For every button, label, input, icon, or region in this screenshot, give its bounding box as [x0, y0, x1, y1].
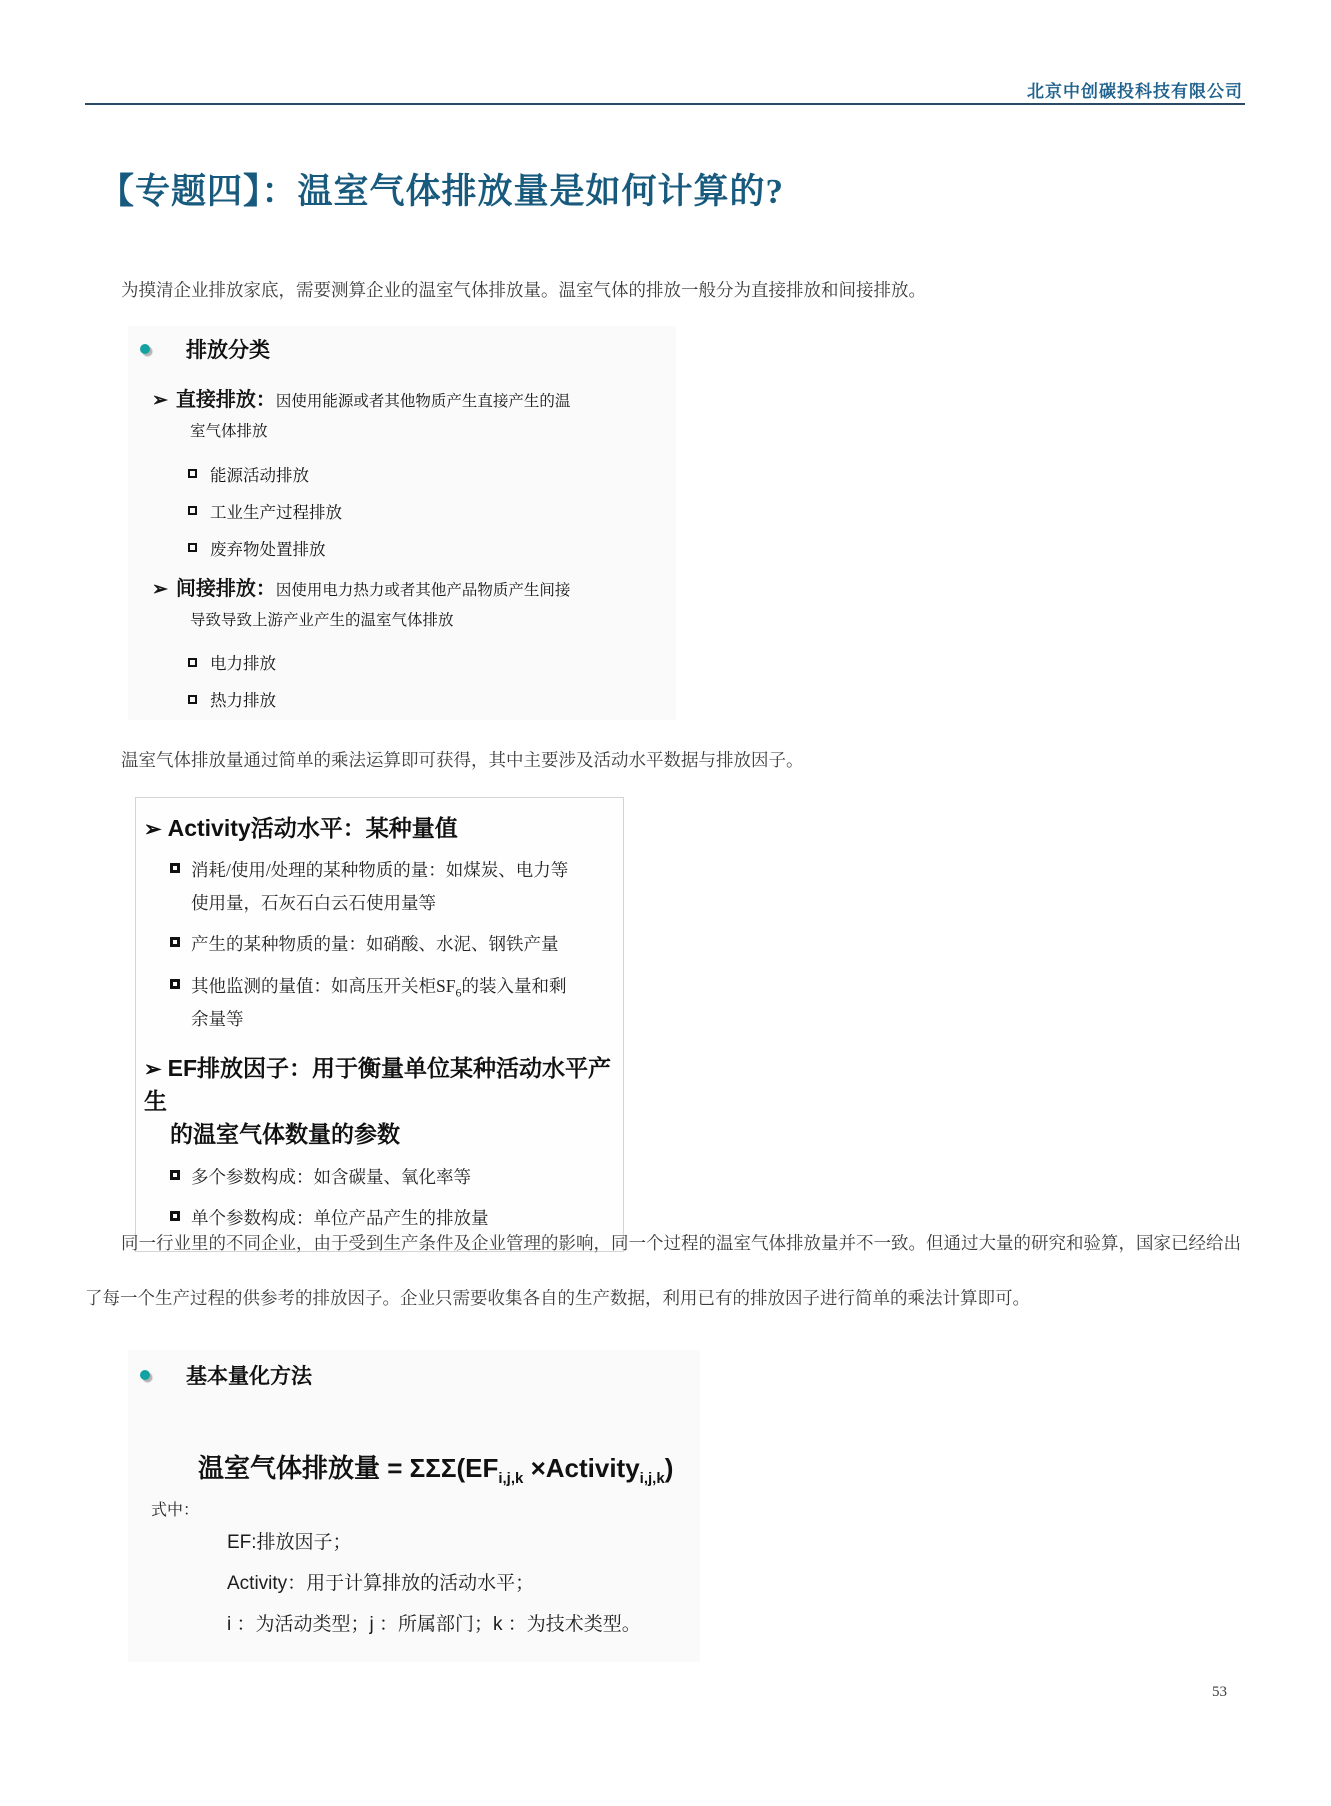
indirect-emission-heading: ➢间接排放：因使用电力热力或者其他产品物质产生间接 — [152, 574, 672, 605]
section-heading-classification: 排放分类 — [140, 334, 270, 364]
indirect-emission-desc: 因使用电力热力或者其他产品物质产生间接 — [276, 582, 571, 599]
page-title: 【专题四】：温室气体排放量是如何计算的? — [99, 164, 784, 214]
list-item: 工业生产过程排放 — [188, 499, 672, 523]
list-item-label: 热力排放 — [210, 687, 276, 711]
section-heading-method: 基本量化方法 — [140, 1360, 312, 1390]
circle-bullet-icon — [140, 344, 150, 354]
formula-text: 温室气体排放量 = ΣΣΣ(EF — [198, 1453, 498, 1483]
item-text: 的装入量和剩 — [461, 976, 566, 996]
section-heading-label: 排放分类 — [186, 334, 270, 364]
formula-text: ) — [665, 1453, 674, 1483]
activity-heading-label: Activity活动水平：某种量值 — [168, 815, 458, 841]
header-divider — [85, 103, 1245, 105]
list-item-label: 产生的某种物质的量：如硝酸、水泥、钢铁产量 — [191, 928, 559, 960]
list-item: 消耗/使用/处理的某种物质的量：如煤炭、电力等 使用量，石灰石白云石使用量等 — [170, 854, 615, 919]
circle-bullet-icon — [140, 1370, 150, 1380]
list-item: 热力排放 — [188, 687, 672, 711]
direct-emission-label: 直接排放： — [176, 389, 276, 411]
classification-list: ➢直接排放：因使用能源或者其他物质产生直接产生的温 室气体排放 能源活动排放 工… — [152, 385, 672, 711]
list-item: 废弃物处置排放 — [188, 536, 672, 560]
list-item-label: 能源活动排放 — [210, 462, 309, 486]
list-item-label: 工业生产过程排放 — [210, 499, 342, 523]
list-item-label: 消耗/使用/处理的某种物质的量：如煤炭、电力等 使用量，石灰石白云石使用量等 — [191, 854, 568, 919]
activity-heading: ➢Activity活动水平：某种量值 — [144, 812, 615, 845]
direct-emission-heading: ➢直接排放：因使用能源或者其他物质产生直接产生的温 — [152, 385, 672, 416]
arrow-bullet-icon: ➢ — [152, 579, 168, 600]
definition-ef: EF:排放因子； — [227, 1522, 641, 1563]
square-bullet-icon — [170, 979, 180, 989]
header-company-name: 北京中创碳投科技有限公司 — [1027, 77, 1243, 102]
definition-activity: Activity：用于计算排放的活动水平； — [227, 1563, 641, 1604]
item-text: 使用量，石灰石白云石使用量等 — [191, 893, 436, 913]
square-bullet-icon — [170, 937, 180, 947]
square-bullet-icon — [170, 863, 180, 873]
intro-paragraph: 为摸清企业排放家底，需要测算企业的温室气体排放量。温室气体的排放一般分为直接排放… — [85, 274, 1249, 306]
arrow-bullet-icon: ➢ — [144, 818, 162, 841]
list-item: 产生的某种物质的量：如硝酸、水泥、钢铁产量 — [170, 928, 615, 960]
ef-heading: ➢EF排放因子：用于衡量单位某种活动水平产生 的温室气体数量的参数 — [144, 1052, 615, 1152]
formula-text: ×Activity — [523, 1453, 639, 1483]
definition-indices: i ：为活动类型；j ：所属部门；k ：为技术类型。 — [227, 1604, 641, 1645]
item-text: 消耗/使用/处理的某种物质的量：如煤炭、电力等 — [191, 860, 568, 880]
square-bullet-icon — [188, 543, 197, 552]
item-text: 余量等 — [191, 1009, 244, 1029]
formula-definitions: EF:排放因子； Activity：用于计算排放的活动水平； i ：为活动类型；… — [227, 1522, 641, 1645]
indirect-emission-label: 间接排放： — [176, 578, 276, 600]
item-text: 其他监测的量值：如高压开关柜SF — [191, 976, 455, 996]
list-item-label: 废弃物处置排放 — [210, 536, 326, 560]
list-item: 其他监测的量值：如高压开关柜SF6的装入量和剩 余量等 — [170, 970, 615, 1036]
square-bullet-icon — [188, 658, 197, 667]
square-bullet-icon — [188, 469, 197, 478]
formula-where-label: 式中： — [151, 1497, 199, 1520]
multiplication-paragraph: 温室气体排放量通过简单的乘法运算即可获得，其中主要涉及活动水平数据与排放因子。 — [85, 744, 1249, 776]
page-number: 53 — [1212, 1684, 1227, 1701]
list-item-label: 多个参数构成：如含碳量、氧化率等 — [191, 1161, 471, 1193]
arrow-bullet-icon: ➢ — [144, 1058, 162, 1081]
list-item: 多个参数构成：如含碳量、氧化率等 — [170, 1161, 615, 1193]
formula-subscript: i,j,k — [498, 1470, 523, 1487]
industry-paragraph: 同一行业里的不同企业，由于受到生产条件及企业管理的影响，同一个过程的温室气体排放… — [85, 1216, 1249, 1326]
indirect-emission-desc-wrap: 导致导致上游产业产生的温室气体排放 — [190, 605, 672, 638]
formula-subscript: i,j,k — [640, 1470, 665, 1487]
emission-formula: 温室气体排放量 = ΣΣΣ(EFi,j,k ×Activityi,j,k) — [198, 1448, 673, 1487]
spacer — [152, 560, 672, 574]
list-item: 电力排放 — [188, 650, 672, 674]
ef-heading-line1: EF排放因子：用于衡量单位某种活动水平产生 — [144, 1055, 611, 1114]
ef-heading-line2: 的温室气体数量的参数 — [170, 1118, 615, 1151]
document-page: 北京中创碳投科技有限公司 【专题四】：温室气体排放量是如何计算的? 为摸清企业排… — [0, 0, 1331, 1806]
square-bullet-icon — [188, 506, 197, 515]
direct-emission-desc-wrap: 室气体排放 — [190, 416, 672, 449]
section-heading-label: 基本量化方法 — [186, 1360, 312, 1390]
direct-emission-desc: 因使用能源或者其他物质产生直接产生的温 — [276, 393, 571, 410]
list-item-label: 电力排放 — [210, 650, 276, 674]
list-item: 能源活动排放 — [188, 462, 672, 486]
square-bullet-icon — [188, 695, 197, 704]
list-item-label: 其他监测的量值：如高压开关柜SF6的装入量和剩 余量等 — [191, 970, 566, 1036]
activity-ef-box: ➢Activity活动水平：某种量值 消耗/使用/处理的某种物质的量：如煤炭、电… — [135, 797, 624, 1252]
arrow-bullet-icon: ➢ — [152, 390, 168, 411]
square-bullet-icon — [170, 1170, 180, 1180]
